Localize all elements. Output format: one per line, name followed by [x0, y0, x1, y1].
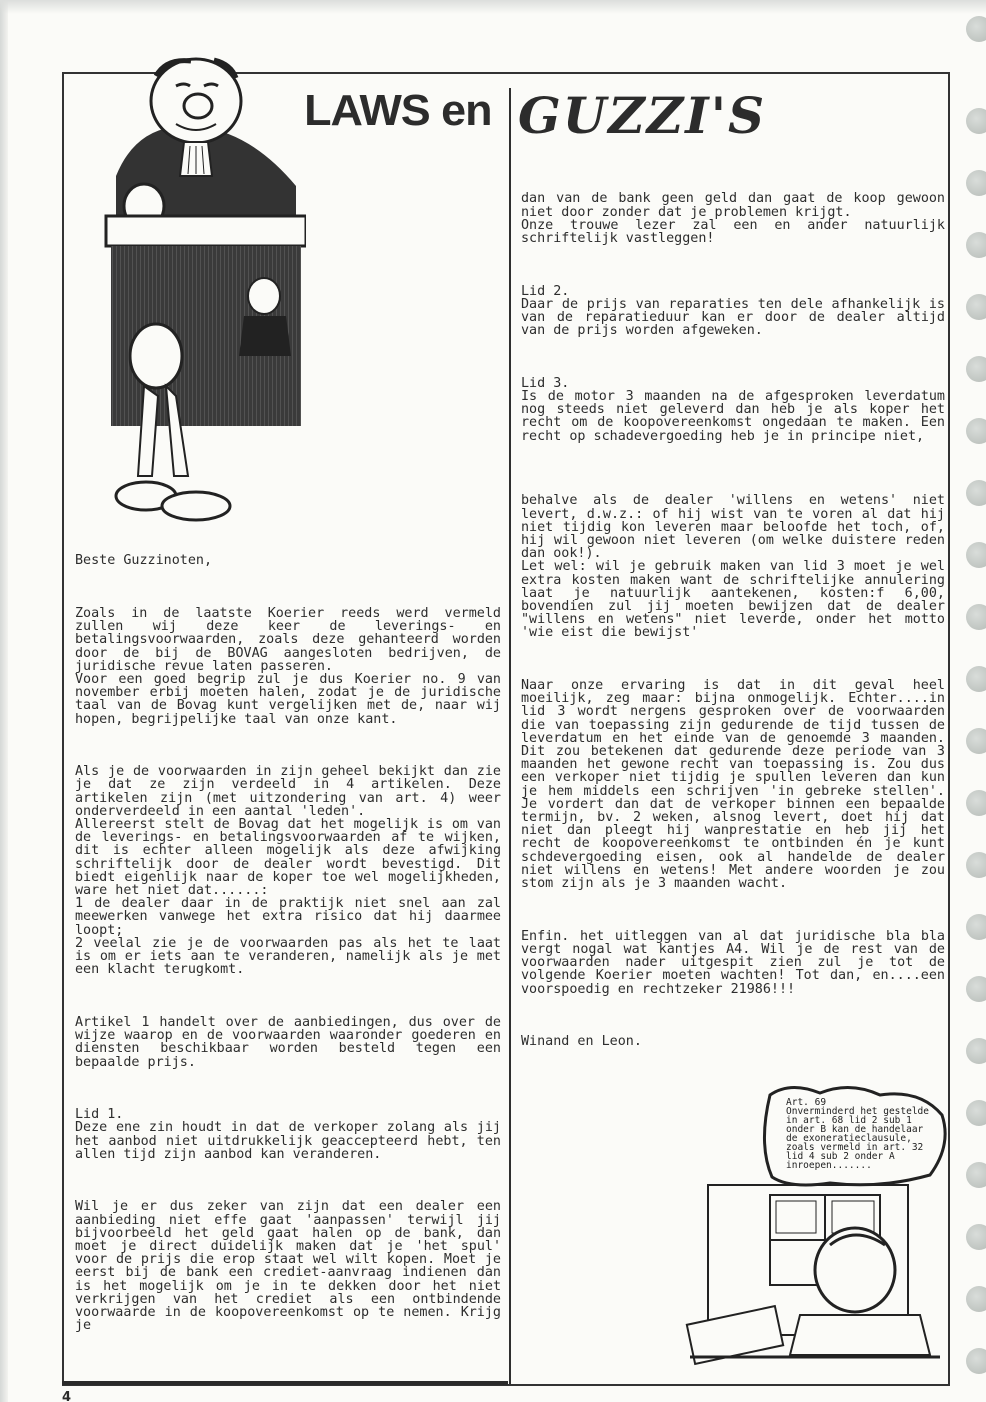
paragraph: Lid 3. Is de motor 3 maanden na de afges…: [521, 377, 945, 443]
binder-hole: [966, 1162, 986, 1188]
paragraph: Naar onze ervaring is dat in dit geval h…: [521, 679, 945, 890]
paragraph: Wil je er dus zeker van zijn dat een dea…: [75, 1200, 501, 1332]
paragraph: Zoals in de laatste Koerier reeds werd v…: [75, 607, 501, 726]
paragraph: Lid 2. Daar de prijs van reparaties ten …: [521, 285, 945, 338]
binder-hole: [966, 356, 986, 382]
paragraph: Als je de voorwaarden in zijn geheel bek…: [75, 765, 501, 976]
binder-hole: [966, 728, 986, 754]
binder-hole: [966, 604, 986, 630]
binder-hole: [966, 790, 986, 816]
binder-hole: [966, 976, 986, 1002]
binder-holes: [958, 0, 986, 1402]
binder-hole: [966, 294, 986, 320]
paragraph: Lid 1. Deze ene zin houdt in dat de verk…: [75, 1108, 501, 1161]
binder-hole: [966, 108, 986, 134]
binder-hole: [966, 1224, 986, 1250]
paragraph: Enfin. het uitleggen van al dat juridisc…: [521, 930, 945, 996]
binder-hole: [966, 666, 986, 692]
article-right-column-top: dan van de bank geen geld dan gaat de ko…: [521, 166, 945, 469]
thought-bubble-text: Art. 69 Onverminderd het gestelde in art…: [786, 1098, 936, 1170]
binder-hole: [966, 1286, 986, 1312]
title-guzzis: GUZZI'S: [518, 86, 766, 145]
thought-bubble: Art. 69 Onverminderd het gestelde in art…: [772, 1092, 940, 1180]
title-laws-en: LAWS en: [304, 86, 491, 136]
column-divider: [509, 88, 511, 1384]
page-number: 4: [62, 1390, 71, 1402]
salutation: Beste Guzzinoten,: [75, 554, 501, 567]
paragraph: dan van de bank geen geld dan gaat de ko…: [521, 192, 945, 245]
binder-hole: [966, 852, 986, 878]
binder-hole: [966, 170, 986, 196]
binder-hole: [966, 914, 986, 940]
page-top-shadow: [0, 0, 986, 14]
binder-hole: [966, 1100, 986, 1126]
binder-hole: [966, 542, 986, 568]
binder-hole: [966, 480, 986, 506]
binder-hole: [966, 232, 986, 258]
judge-cartoon-illustration: [96, 56, 306, 526]
frame-bottom-rule: [62, 1381, 508, 1385]
article-left-column: Beste Guzzinoten, Zoals in de laatste Ko…: [75, 528, 501, 1359]
binder-hole: [966, 1348, 986, 1374]
binder-hole: [966, 418, 986, 444]
paragraph: Artikel 1 handelt over de aanbiedingen, …: [75, 1016, 501, 1069]
binder-hole: [966, 16, 986, 42]
judge-icon: [96, 56, 306, 526]
binder-hole: [966, 1038, 986, 1064]
signature: Winand en Leon.: [521, 1035, 945, 1048]
article-right-column-bottom: behalve als de dealer 'willens en wetens…: [521, 468, 945, 1075]
paragraph: behalve als de dealer 'willens en wetens…: [521, 494, 945, 639]
page-edge-shadow: [0, 0, 8, 1402]
